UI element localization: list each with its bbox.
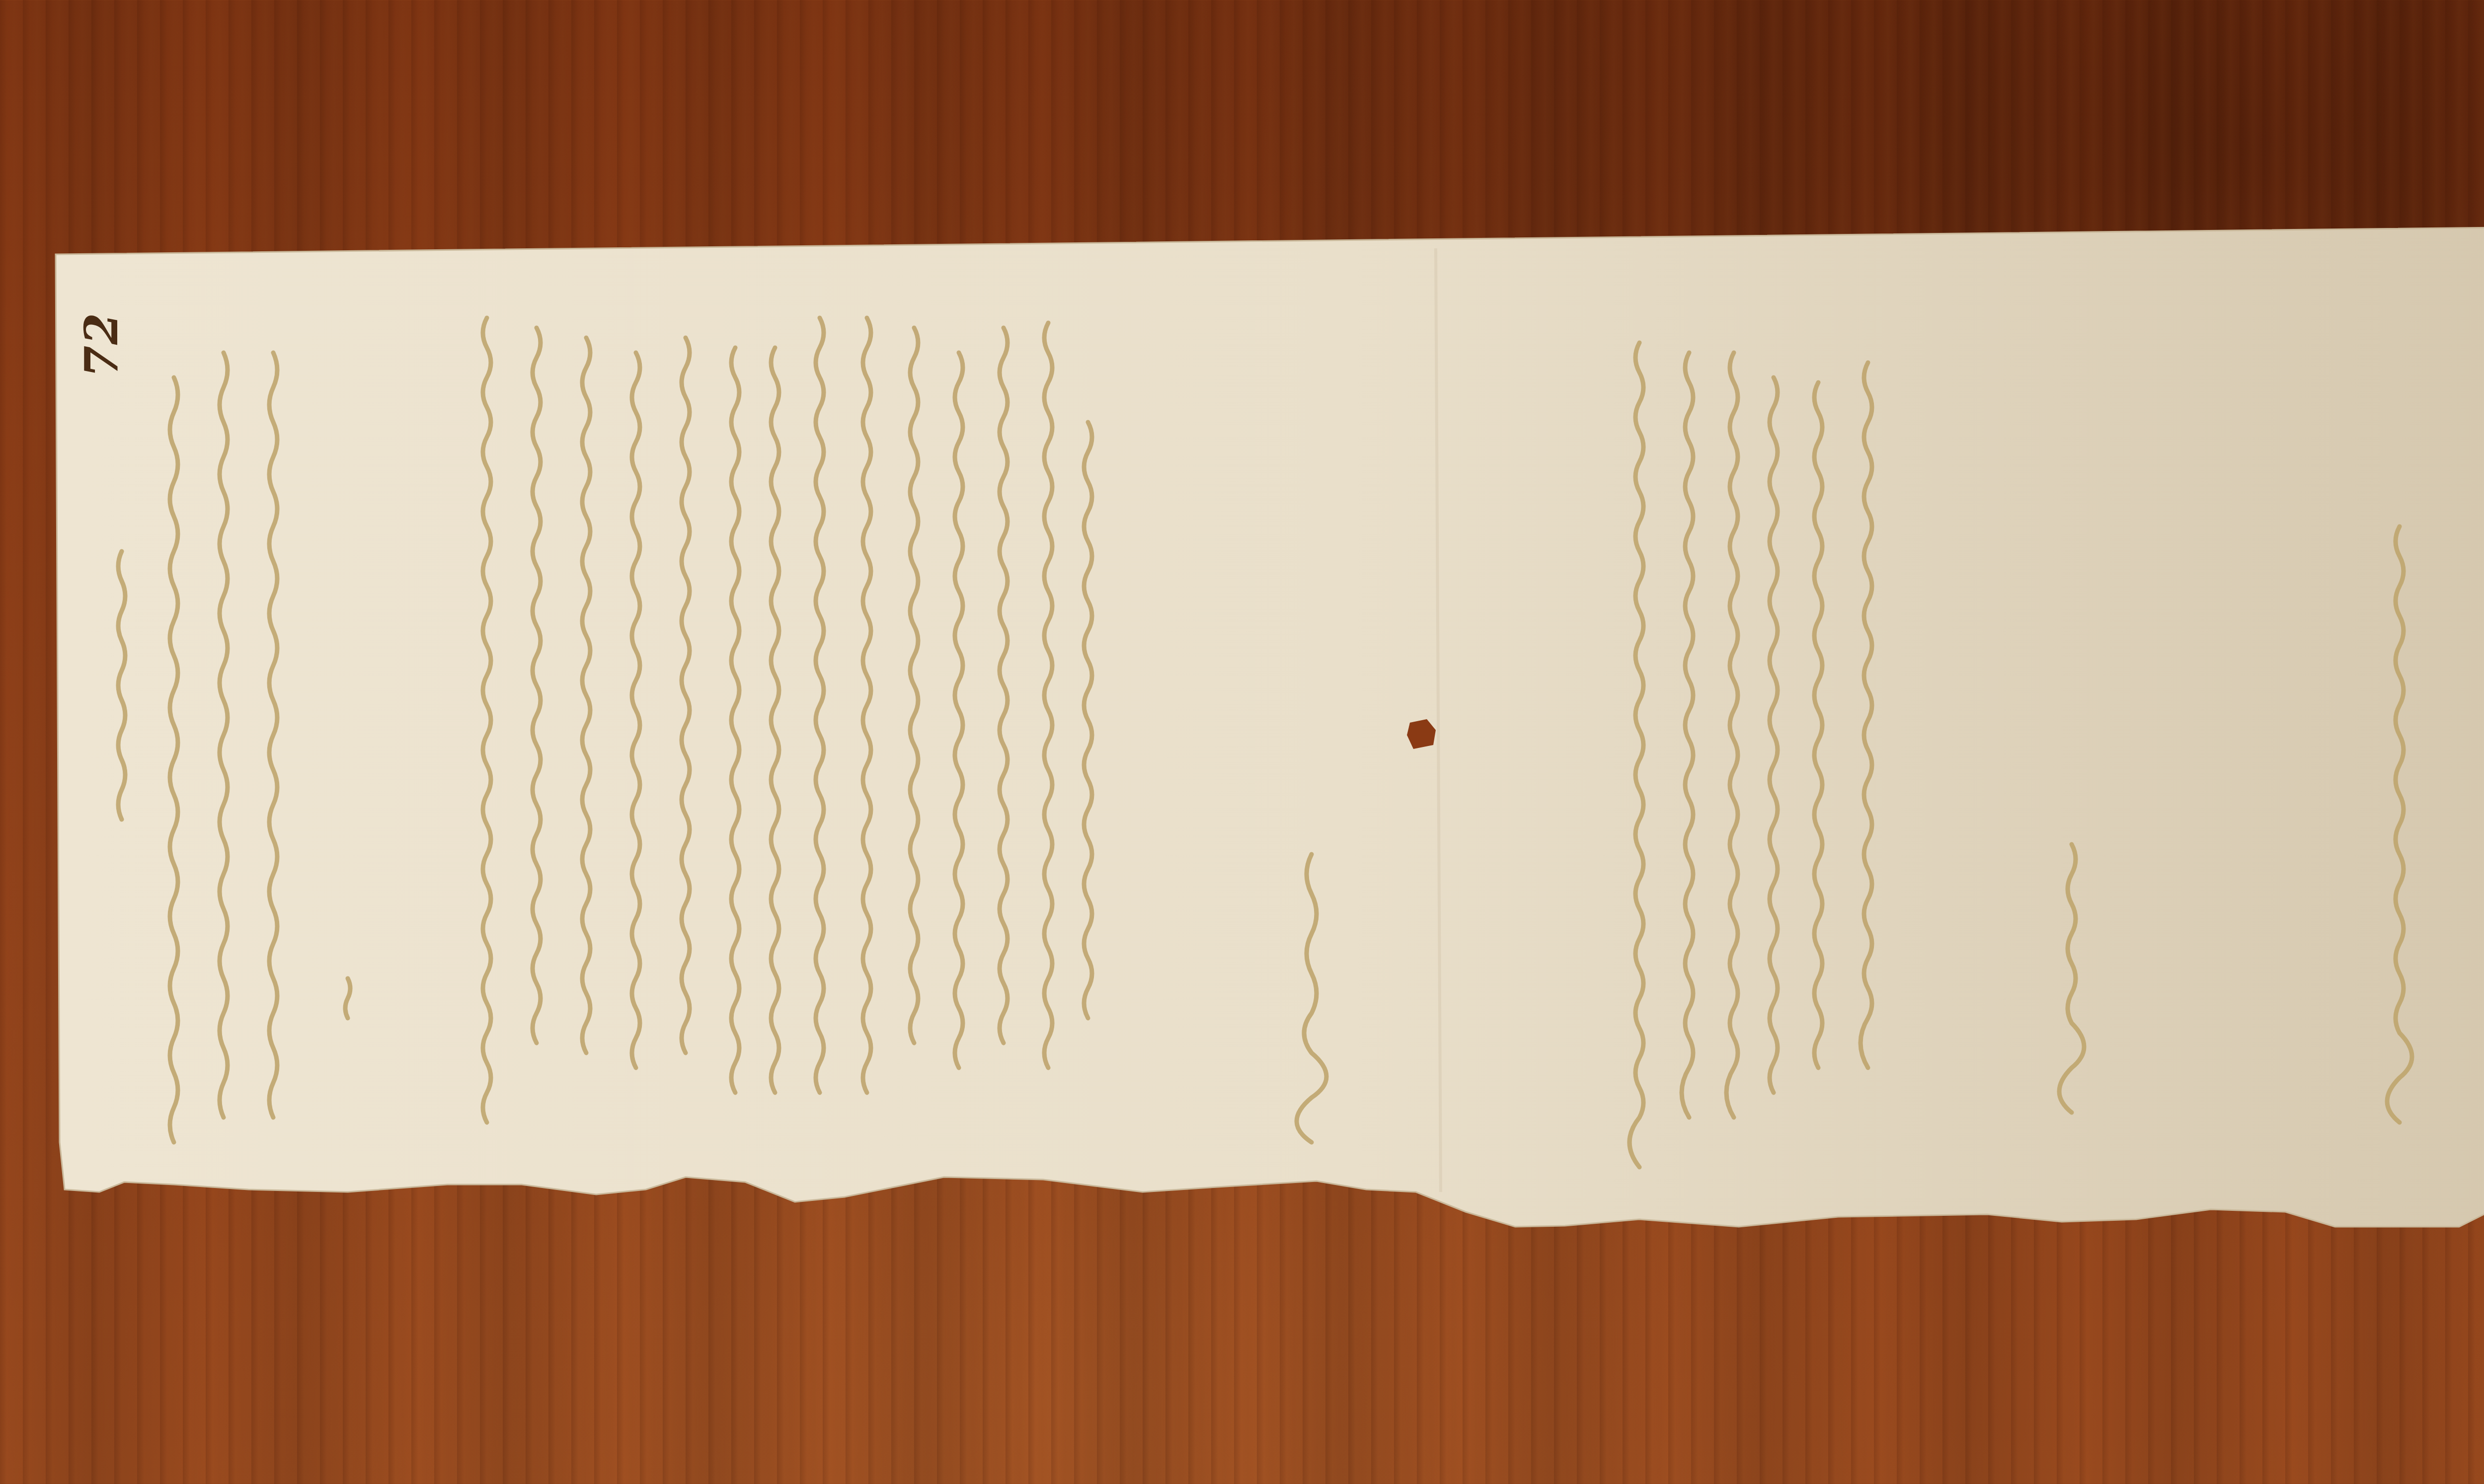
heading-line: [345, 978, 350, 1018]
second-body-lines: [1630, 343, 1872, 1167]
heading-line: [269, 353, 277, 1117]
handwriting-layer: [0, 0, 2484, 1484]
heading-line: [170, 377, 178, 1142]
heading-line: [220, 353, 228, 1117]
main-body-lines: [483, 318, 1092, 1122]
signature-line: [1297, 854, 1326, 1142]
closing-line-2: [2387, 526, 2412, 1122]
manuscript-leaf: 72: [0, 0, 2484, 1484]
closing-line-1: [2059, 844, 2084, 1113]
heading-line: [118, 551, 125, 819]
